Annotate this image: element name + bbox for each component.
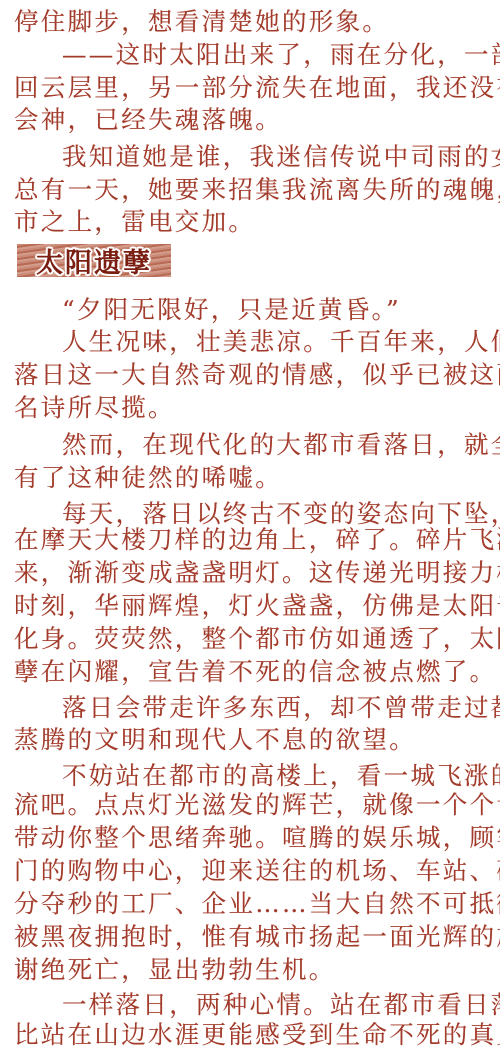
paragraph-line: 孽在闪耀，宣告着不死的信念被点燃了。 [14,652,496,692]
paragraph-line: 谢绝死亡，显出勃勃生机。 [14,950,336,990]
section-heading: 太阳遗孽 [36,241,152,280]
paragraph-line: 蒸腾的文明和现代人不息的欲望。 [14,720,416,760]
paragraph-line: 名诗所尽揽。 [14,388,175,428]
paragraph-line: 市之上，雷电交加。 [14,202,255,242]
paragraph-line: 有了这种徒然的唏嘘。 [14,458,282,498]
paragraph-line: 比站在山边水涯更能感受到生命不死的真义。 [14,1015,500,1049]
paragraph-line: 会神，已经失魂落魄。 [14,100,282,140]
section-heading-banner: 太阳遗孽 [17,244,171,277]
